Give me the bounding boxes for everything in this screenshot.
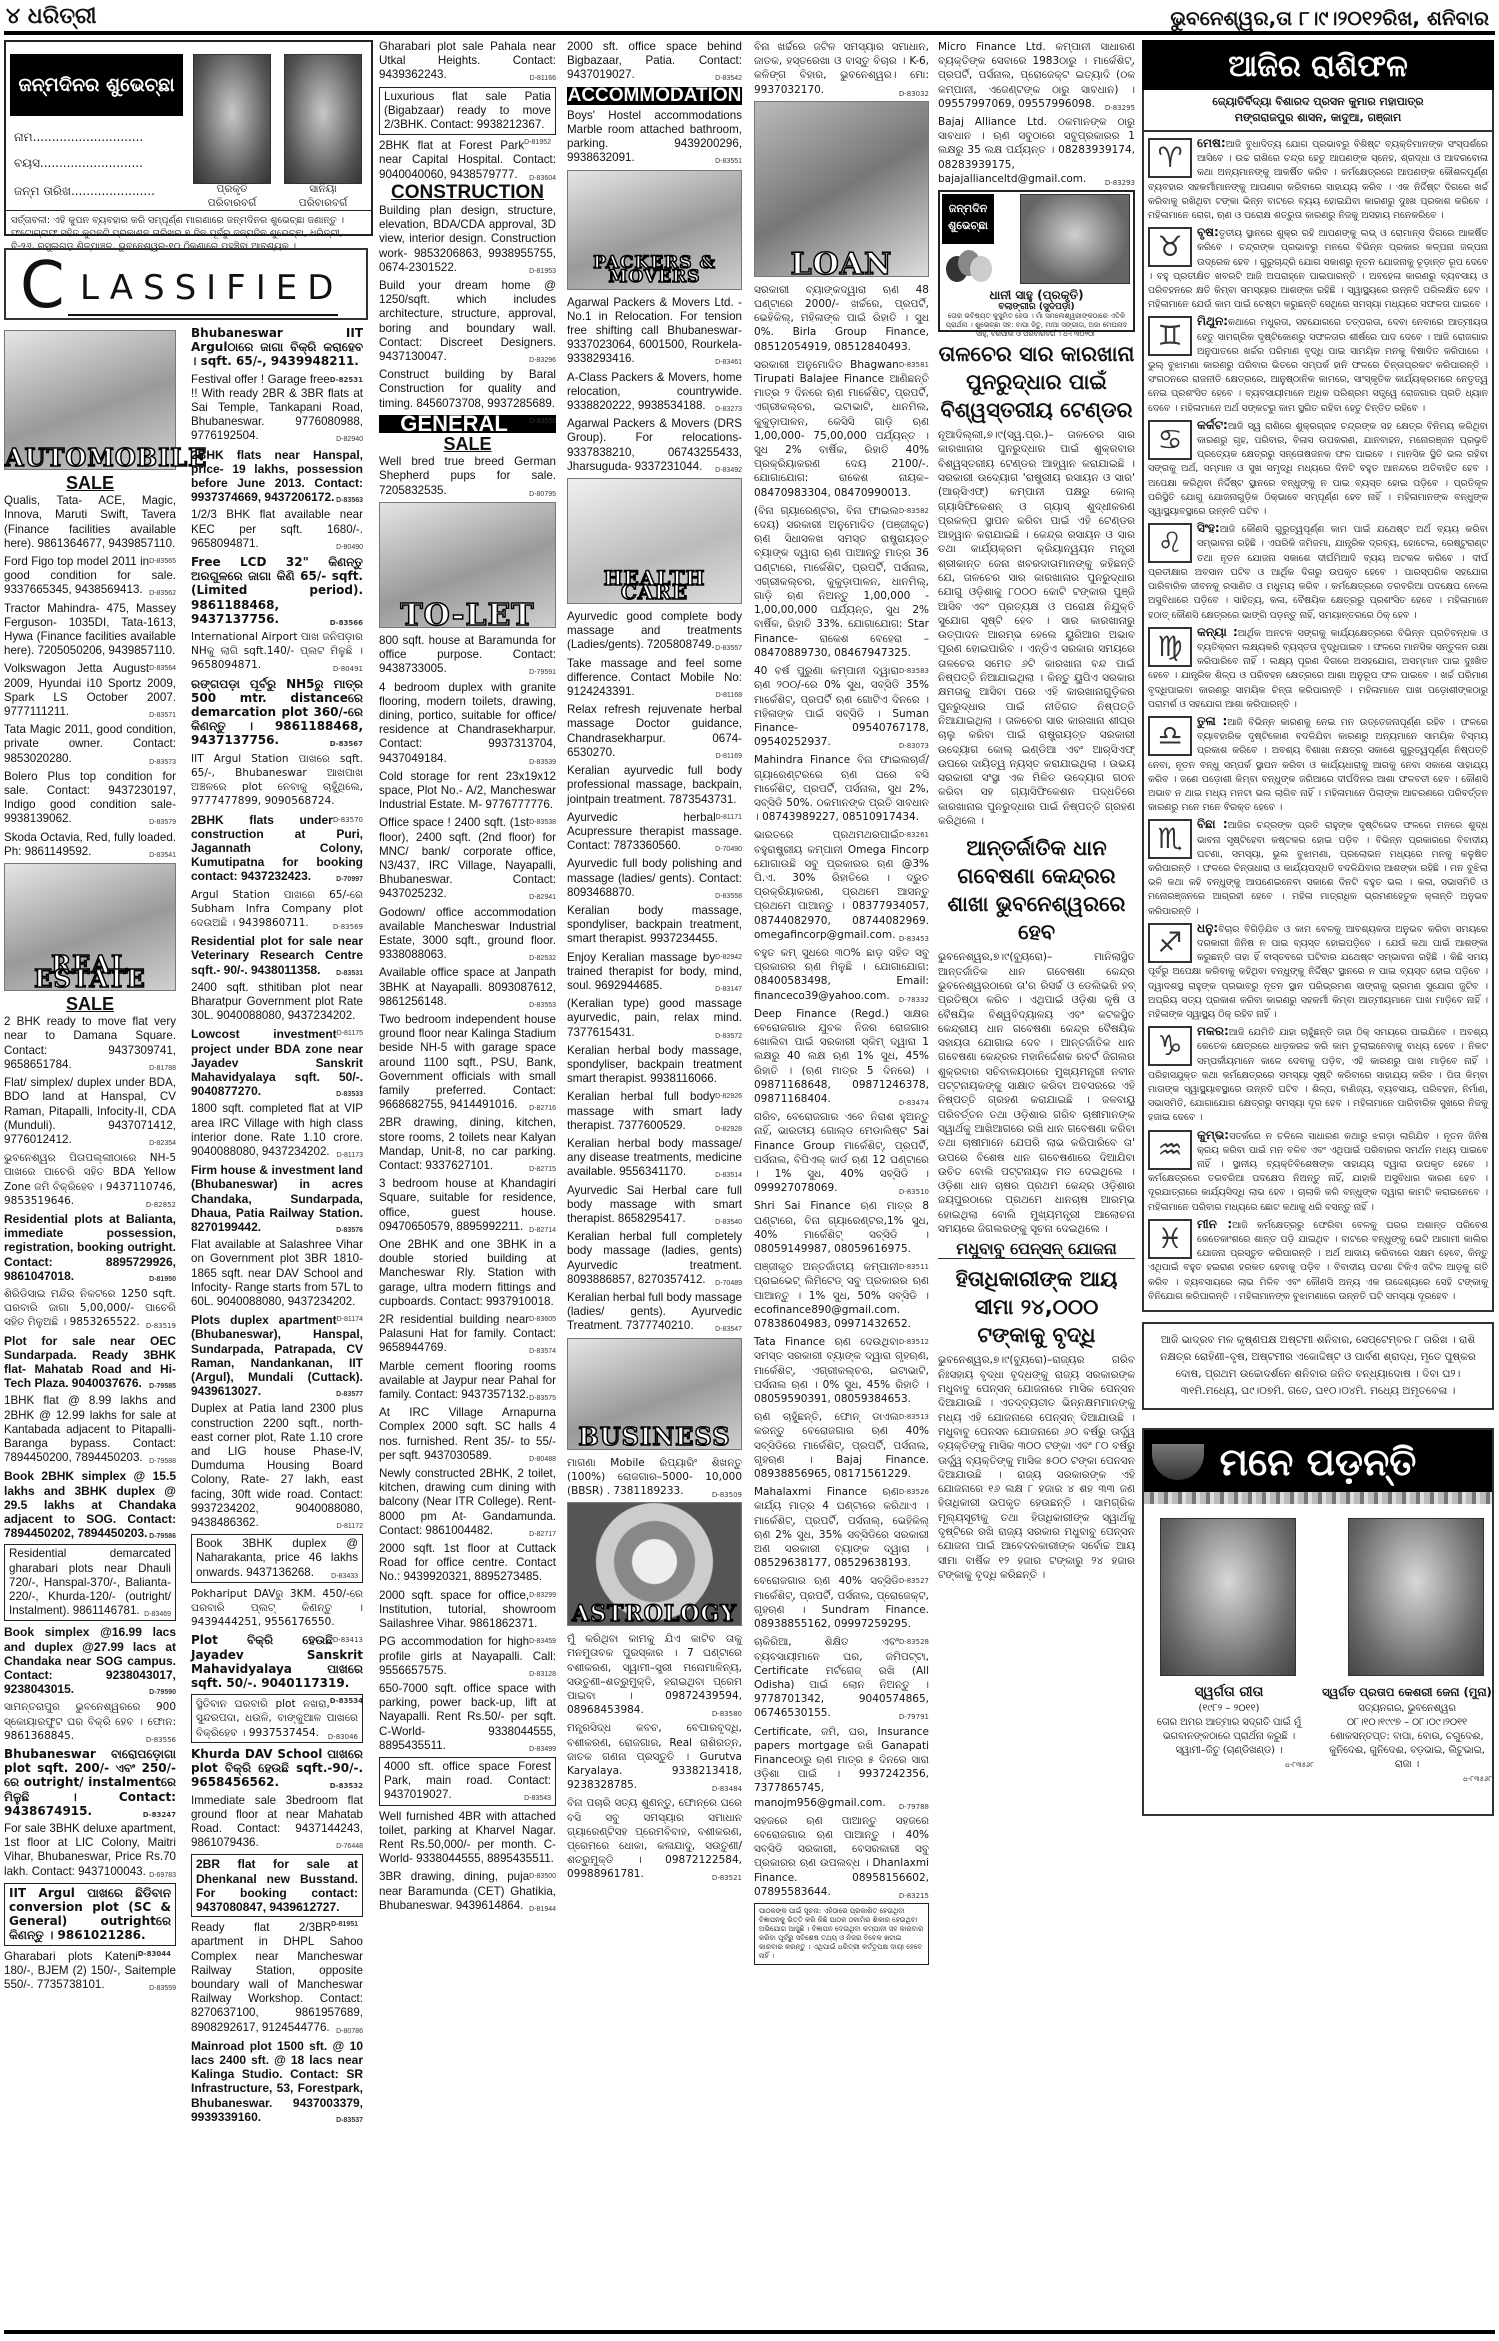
horoscope-sign: ♏ବିଛା :ଆଜିର ଚନ୍ଦ୍ରଙ୍କ ପ୍ରତି ରାହୁଙ୍କ ଦୃଷ୍…: [1148, 817, 1488, 918]
zodiac-icon: ♌: [1148, 523, 1192, 563]
top-rule: [4, 31, 1495, 35]
classified-ad: Available office space at Janpath 3BHK a…: [379, 966, 556, 1009]
sign-name: କୁମ୍ଭ:: [1197, 1128, 1229, 1142]
ad-code: D-83571: [149, 709, 176, 723]
classified-ad: Mainroad plot 1500 sft. @ 10 lacs 2400 s…: [191, 2039, 363, 2124]
zodiac-icon: ♉: [1148, 227, 1192, 267]
ad-code: D-83550: [529, 415, 556, 429]
news-headline: ଆନ୍ତର୍ଜାତିକ ଧାନ ଗବେଷଣା କେନ୍ଦ୍ରର ଶାଖା ଭୁବ…: [938, 834, 1135, 946]
ad-code: D-82941: [529, 891, 556, 905]
ad-code: D-82715: [529, 1163, 556, 1177]
news-body: ନୂଆଦିଲ୍ଲୀ,୭।୯(ସ୍ୱ.ପ୍ର.)– ତାଳଚେର ସାର କାରଖ…: [938, 428, 1135, 828]
child-photo: [1020, 194, 1130, 284]
classified-ad: Luxurious flat sale Patia (Bigabzaar) re…: [379, 87, 556, 136]
classified-ad: Ayurvedic full body polishing and massag…: [567, 857, 742, 900]
ad-code: D-70490: [715, 843, 742, 857]
classified-ad: Ready flat 2/3BR apartment in DHPL Sahoo…: [191, 1921, 363, 2035]
ad-code: D-83073: [899, 739, 929, 753]
ad-code: D-83461: [715, 356, 742, 370]
health-care-caption: HEALTH CARE: [568, 571, 741, 599]
classified-ad: Pokhariput DAVରୁ 3KM. 450/-ରେ ଘରବାରି ପ୍ଲ…: [191, 1587, 363, 1630]
classified-ad: Keralian ayurvedic full body professiona…: [567, 764, 742, 807]
birthday-wish-title: ଜନ୍ମଦିନ ଶୁଭେଚ୍ଛା: [942, 194, 994, 244]
name-field: ନାମ.............................: [14, 130, 143, 145]
classified-ad: Relax refresh rejuvenate herbal massage …: [567, 703, 742, 760]
classified-ad: Agarwal Packers & Movers (DRS Group). Fo…: [567, 417, 742, 474]
classified-ad: ସହଜରେ ଋଣ ପାଆନ୍ତୁ ସହଜରେ ବେରୋଜଗାର ଋଣ ପାଆନ୍…: [754, 1814, 929, 1899]
classified-ad: ମୁଁ କରିଥିବା କାମକୁ ଯିଏ କାଟିବ ତାକୁ ମନମୁତାବ…: [567, 1632, 742, 1717]
classified-ad: Micro Finance Ltd. କମ୍ପାନୀ ସାଧାରଣ ବ୍ୟକ୍ତ…: [938, 40, 1135, 111]
horoscope-sign: ♐ଧନୁ:ବିଚାର ବିଗିଡ଼ିଯିବ ଓ କାମ ବେଳକୁ ଆବଶ୍ୟକ…: [1148, 921, 1488, 1022]
ad-code: D-83582: [899, 504, 929, 518]
classified-ad: Mahindra Finance ବିନା ଫାଇଲଚାର୍ଜ/ ଗ୍ୟାରେଣ…: [754, 753, 929, 824]
astrology-caption: ASTROLOGY: [568, 1607, 741, 1621]
construction-ads: Building plan design, structure, elevati…: [379, 204, 556, 411]
column-real-estate-2: Bhubaneswar IIT Argulଠାରେ ଜାଗା ବିକ୍ରି କର…: [191, 326, 363, 2128]
zodiac-icon: ♒: [1148, 1130, 1192, 1170]
office-space-ads: 2000 sft. office space behind Bigbazaar,…: [567, 40, 742, 83]
zodiac-icon: ♍: [1148, 627, 1192, 667]
sign-forecast: ଆଜି ବୁଧାଦିତ୍ୟ ଯୋଗ ପ୍ରଭାବରୁ ବିଶିଷ୍ଟ ବ୍ୟକ୍…: [1148, 139, 1488, 221]
classified-ad: 1/2/3 BHK flat available near KEC per sq…: [191, 508, 363, 551]
real-estate-ads: 2 BHK ready to move flat very near to Da…: [4, 1015, 176, 1992]
classified-ad: Tata Magic 2011, good condition, private…: [4, 723, 176, 766]
classified-ad: ଶିରିଡିସାଇ ମନ୍ଦିର ନିକଟରେ 1250 sqft. ଘରବାର…: [4, 1287, 176, 1330]
sign-name: ମୀନ :: [1197, 1217, 1232, 1231]
ad-code: D-79585: [149, 1380, 176, 1394]
ad-code: D-81174: [337, 1313, 363, 1327]
memorial-person: ସ୍ୱର୍ଗତ ପ୍ରତାପ କେଶରୀ ଜେନା (ମୁନା) ସତ୍ୟନଗର…: [1322, 1682, 1492, 1786]
health-care-ads: Ayurvedic good complete body massage and…: [567, 610, 742, 1334]
ad-code: D-82717: [529, 1528, 556, 1542]
reader-disclaimer: ପାଠକଙ୍କ ପାଇଁ ସୂଚନା: ଏହିଠାରେ ପ୍ରକାଶିତ ହେଉ…: [754, 1903, 929, 1965]
classified-ad: Residential plot for sale near Veterinar…: [191, 934, 363, 977]
classified-ad: Shri Sai Finance ଋଣ ମାତ୍ର 8 ଘଣ୍ଟାରେ, ବିନ…: [754, 1199, 929, 1256]
classified-ad: Ayurvedic Sai Herbal care full body mass…: [567, 1184, 742, 1227]
ad-code: D-83537: [336, 2114, 363, 2128]
finance-ads: Micro Finance Ltd. କମ୍ପାନୀ ସାଧାରଣ ବ୍ୟକ୍ତ…: [938, 40, 1135, 186]
classified-ad: Skoda Octavia, Red, fully loaded. Ph: 98…: [4, 831, 176, 859]
classified-ad: (ବିନା ଗ୍ୟାରେଣ୍ଟର, ବିନା ଫାଇଲ ଦେୟ) ସରକାରୀ …: [754, 504, 929, 660]
age-field: ବୟସ...........................: [14, 156, 143, 171]
ad-code: D-83581: [899, 358, 929, 372]
ad-code: D-83528: [899, 1635, 929, 1649]
real-estate-caption: REAL ESTATE: [5, 958, 175, 986]
classified-ad: 650-7000 sqft. office space with parking…: [379, 1682, 556, 1753]
ad-code: D-83299: [529, 1589, 556, 1603]
ad-code: D-83576: [336, 1224, 363, 1238]
health-care-image: HEALTH CARE: [567, 478, 742, 604]
ad-code: D-83605: [529, 1313, 556, 1327]
horoscope-body: ♈ମେଷ:ଆଜି ବୁଧାଦିତ୍ୟ ଯୋଗ ପ୍ରଭାବରୁ ବିଶିଷ୍ଟ …: [1142, 132, 1494, 1312]
classified-ad: Boys' Hostel accommodations Marble room …: [567, 109, 742, 166]
ad-code: D-82942: [715, 951, 742, 965]
classified-ad: IIT Argul Station ପାଖରେ sqft. 65/-, Bhub…: [191, 752, 363, 809]
horoscope-sign: ♑ମକର:ଆଜି ଯେମିତି ଯାହା ଚାହୁଁଛନ୍ତି ତାହା ଠିକ…: [1148, 1024, 1488, 1125]
ad-code: D-83519: [146, 1319, 176, 1333]
horoscope-sign: ♋କର୍କଟ:ଆଜି ସ୍ୱ ରାଶିରେ ଶୁକ୍ରଗ୍ରହ ଚନ୍ଦ୍ରଙ୍…: [1148, 418, 1488, 519]
classified-ad: Keralian herbal full body massage (ladie…: [567, 1291, 742, 1334]
sign-forecast: ତୃତୀୟ ସ୍ଥାନରେ ଶୁକ୍ର ରହି ଆପଣଙ୍କୁ ଲଭ୍ ଓ ରୋ…: [1148, 228, 1488, 310]
horoscope-sign: ♊ମିଥୁନ:କଥାରେ ମଧୁରତା, ସହଯୋଗରେ ତତ୍ପରତା, ଦେ…: [1148, 314, 1488, 415]
ad-code: D-83499: [529, 1743, 556, 1757]
ad-code: D-83573: [149, 756, 176, 770]
ad-code: D-83413: [333, 1633, 363, 1647]
ad-code: D-83531: [336, 967, 363, 981]
zodiac-icon: ♏: [1148, 819, 1192, 859]
sign-name: ତୁଳା :: [1197, 714, 1227, 728]
ad-code: D-70489: [715, 1277, 742, 1291]
ad-code: D-76448: [336, 1840, 363, 1854]
classified-ad: Flat available at Salashree Vihar on Gov…: [191, 1238, 363, 1309]
classified-ad: 3 bedroom house at Khandagiri Square, su…: [379, 1177, 556, 1234]
ad-code: D-79788: [899, 1800, 929, 1814]
classified-ad: ମନ୍ତ୍ରସିଦ୍ଧ କବଚ, ବେପାରବୃଦ୍ଧି, ବଶୀକରଣ, ରୋ…: [567, 1721, 742, 1792]
ad-code: D-80491: [333, 662, 363, 676]
memorial-person: ସ୍ୱର୍ଗତା ରୀତା (୧୯୮୨ – ୨୦୧୧) ତୋର ଅମର ଆତ୍ମ…: [1144, 1682, 1314, 1772]
classified-ad: Tractor Mahindra- 475, Massey Ferguson- …: [4, 602, 176, 659]
news-headline: ହିତାଧିକାରୀଙ୍କ ଆୟ ସୀମା ୨୪,୦୦୦ ଟଙ୍କାକୁ ବୃଦ…: [938, 1265, 1135, 1349]
accommodation-ads: Boys' Hostel accommodations Marble room …: [567, 109, 742, 166]
packers-movers-image: PACKERS & MOVERS: [567, 170, 742, 290]
business-ads: ମାଗଣା Mobile ରିପ୍ୟାରିଂ ଶିଖନ୍ତୁ (100%) ରୋ…: [567, 1456, 742, 1499]
classified-ad: ସରକାରୀ ଅନୁମୋଦିତ Bhagwan Tirupati Balajee…: [754, 358, 929, 500]
flower-border: [1144, 1492, 1492, 1504]
ad-code: D-79586: [149, 1530, 176, 1544]
ad-code: D-83509: [712, 1488, 742, 1502]
automobile-caption: AUTOMOBILE: [5, 451, 175, 465]
ad-code: D-83533: [336, 1088, 363, 1102]
ad-code: D-83532: [330, 1779, 363, 1793]
astrology-ads: ମୁଁ କରିଥିବା କାମକୁ ଯିଏ କାଟିବ ତାକୁ ମନମୁତାବ…: [567, 1632, 742, 1881]
sign-forecast: ଆଜି କର୍ମକ୍ଷେତ୍ରରୁ ଫେରିବା ବେଳକୁ ଘରର ଅଶାନ୍…: [1148, 1220, 1488, 1302]
zodiac-icon: ♎: [1148, 716, 1192, 756]
column-finance-news: Micro Finance Ltd. କମ୍ପାନୀ ସାଧାରଣ ବ୍ୟକ୍ତ…: [938, 40, 1135, 1582]
sign-name: କନ୍ୟା :: [1197, 625, 1238, 639]
masthead: ୪ ଧରିତ୍ରୀ ଭୁବନେଶ୍ୱର,ତା ୮।୯।୨୦୧୨ରିଖ, ଶନିବ…: [0, 0, 1499, 34]
classified-ad: Free LCD 32" କିଣନ୍ତୁ ଅରଗୁଳରେ ଜାଗା କିଣି 6…: [191, 555, 363, 626]
child-photo: [284, 54, 362, 184]
classified-ad: ମାଗଣା Mobile ରିପ୍ୟାରିଂ ଶିଖନ୍ତୁ (100%) ରୋ…: [567, 1456, 742, 1499]
ad-code: D-83534: [330, 1694, 363, 1708]
classified-ad: Duplex at Patia land 2300 plus construct…: [191, 1402, 363, 1530]
classified-ad: Deep Finance (Regd.) ସାକ୍ଷର ବେରୋଜଗାର ଯୁବ…: [754, 1007, 929, 1106]
classified-ad: Bolero Plus top condition for sale. Cont…: [4, 770, 176, 827]
news-kicker: ମଧୁବାବୁ ପେନ୍‌ସନ୍ ଯୋଜନା: [938, 1242, 1135, 1259]
classified-ad: (Keralian type) good massage ayurvedic, …: [567, 997, 742, 1040]
packers-movers-ads: Agarwal Packers & Movers Ltd. - No.1 in …: [567, 296, 742, 474]
ad-code: D-81175: [337, 1027, 363, 1041]
memorial-photo: [1348, 1518, 1484, 1676]
ad-code: D-82852: [146, 1198, 176, 1212]
sign-forecast: କଥାରେ ମଧୁରତା, ସହଯୋଗରେ ତତ୍ପରତା, ଦେବା ନେବା…: [1148, 317, 1488, 413]
sign-name: ସିଂହ:: [1197, 521, 1220, 535]
ad-code: D-83539: [529, 756, 556, 770]
ad-code: D-83247: [143, 1808, 176, 1822]
ad-code: D-81168: [716, 689, 742, 703]
ad-code: D-81172: [337, 1520, 363, 1534]
ad-code: D-83492: [715, 464, 742, 478]
section-heading-sale: SALE: [4, 476, 176, 490]
photo-caption: ସାନିୟାପରିବାରବର୍ଗ: [278, 182, 368, 210]
memorial-title-bar: ମନେ ପଡ଼ନ୍ତି: [1144, 1430, 1492, 1504]
dob-field: ଜନ୍ମ ତାରିଖ......................: [14, 184, 155, 199]
to-let-image: TO-LET: [379, 502, 556, 628]
section-heading-sale: SALE: [4, 997, 176, 1011]
classified-ad: Book simplex @16.99 lacs and duplex @27.…: [4, 1625, 176, 1696]
classified-ad: Qualis, Tata- ACE, Magic, Innova, Maruti…: [4, 494, 176, 551]
classified-ad: International Airport ପାଖ ଜନିପଡ଼ାର NHକୁ …: [191, 630, 363, 673]
horoscope-sign: ♍କନ୍ୟା :ଆର୍ଥିକ ଅନଟନ ସଙ୍ଗକୁ କାର୍ଯ୍ୟକ୍ଷେତ୍…: [1148, 625, 1488, 712]
birthday-coupon-title: ଜନ୍ମଦିନର ଶୁଭେଚ୍ଛା: [10, 54, 183, 116]
news-body: ଭୁବନେଶ୍ୱର,୭।୯(ବ୍ୟୁରୋ)–ରାଜ୍ୟର ଗରିବ ନିଃସହା…: [938, 1353, 1135, 1582]
classified-ad: Immediate sale 3bedroom flat ground floo…: [191, 1794, 363, 1851]
zodiac-icon: ♈: [1148, 138, 1192, 178]
ad-code: D-81953: [529, 265, 556, 279]
horoscope-title: ଆଜିର ରାଶିଫଳ: [1142, 40, 1494, 90]
sign-forecast: ଆଜି ବିଭିନ୍ନ କାରଣକୁ ନେଇ ମନ ଉତ୍ତେଜନାପୂର୍ଣ୍…: [1148, 717, 1488, 813]
classified-ad: Keralian herbal full completely body mas…: [567, 1230, 742, 1287]
ad-code: D-83570: [333, 813, 363, 827]
horoscope-sign: ♎ତୁଳା :ଆଜି ବିଭିନ୍ନ କାରଣକୁ ନେଇ ମନ ଉତ୍ତେଜନ…: [1148, 714, 1488, 815]
to-let-ads: 800 sqft. house at Baramunda for office …: [379, 634, 556, 1913]
classified-ad: Flat/ simplex/ duplex under BDA, BDO lan…: [4, 1076, 176, 1147]
horoscope-sign: ♈ମେଷ:ଆଜି ବୁଧାଦିତ୍ୟ ଯୋଗ ପ୍ରଭାବରୁ ବିଶିଷ୍ଟ …: [1148, 136, 1488, 223]
sign-name: ମେଷ:: [1197, 136, 1226, 150]
ad-code: D-83541: [149, 849, 176, 863]
classified-ad: For sale 3BHK deluxe apartment, 1st floo…: [4, 1822, 176, 1879]
ad-code: D-83577: [336, 1388, 363, 1402]
classified-ad: 4 bedroom duplex with granite flooring, …: [379, 681, 556, 766]
sign-forecast: ଆଜି କୌଣସି ଗୁରୁତ୍ୱପୂର୍ଣ୍ଣ କାମ ପାଇଁ ଯଥେଷ୍ଟ…: [1148, 524, 1488, 620]
classified-underline: [68, 314, 338, 316]
horoscope-sign: ♒କୁମ୍ଭ:ସତର୍କରେ ନ ଚଳିଲେ ସାଧାରଣ କଥାରୁ ଝଗଡ଼…: [1148, 1128, 1488, 1215]
ad-code: D-79590: [149, 1686, 176, 1700]
classified-ad: Argul Station ପାଖରେ 65/-ରେ Subham Infra …: [191, 888, 363, 931]
classified-banner: C LASSIFIED: [4, 248, 368, 320]
classified-ad: 2BR flat for sale at Dhenkanal new Busst…: [191, 1854, 363, 1917]
lamp-icon: [1152, 1444, 1204, 1480]
ad-code: D-78332: [899, 993, 929, 1007]
ad-code: D-83567: [330, 737, 363, 751]
packers-movers-caption: PACKERS & MOVERS: [568, 256, 741, 284]
birthday-wish-box: ଜନ୍ମଦିନ ଶୁଭେଚ୍ଛା ଧାନୀ ସାହୁ (ପ୍ରକୃତି) ବଲା…: [938, 190, 1135, 332]
birthday-wish-message: ବଲାଙ୍ଗୀର (ସୁଦପଡ଼ା)ତୋର ଭବିଷ୍ୟତ କୁସୁମିତ ହେ…: [944, 303, 1129, 339]
ad-code: D-83500: [529, 1870, 556, 1884]
ad-code: D-83511: [899, 1260, 929, 1274]
ad-code: D-83579: [149, 816, 176, 830]
automobile-image: AUTOMOBILE: [4, 330, 176, 470]
business-image: BUSINESS: [567, 1338, 742, 1450]
column-horoscope: ଆଜିର ରାଶିଫଳ ଜ୍ୟୋତିର୍ବିଦ୍ୟା ବିଶାରଦ ପ୍ରସନ …: [1142, 40, 1494, 1816]
classified-ad: At IRC Village Arnapurna Complex 2000 sq…: [379, 1406, 556, 1463]
classified-ad: 1BHK flat @ 8.99 lakhs and 2BHK @ 12.99 …: [4, 1394, 176, 1465]
ad-code: D-83512: [899, 1335, 929, 1349]
classified-ad: Certificate, ଜମି, ଘର, Insurance papers m…: [754, 1725, 929, 1810]
ad-code: D-83580: [712, 1707, 742, 1721]
ad-code: D-83484: [712, 1782, 742, 1796]
column-automobile-realestate: AUTOMOBILE SALE Qualis, Tata- ACE, Magic…: [4, 326, 176, 1996]
classified-ad: Residential plots at Balianta, immediate…: [4, 1212, 176, 1283]
ad-code: D-83128: [529, 1668, 556, 1682]
page-label: ୪ ଧରିତ୍ରୀ: [6, 4, 97, 29]
classified-rest: LASSIFIED: [80, 268, 343, 308]
sign-forecast: ସତର୍କରେ ନ ଚଳିଲେ ସାଧାରଣ କଥାରୁ ଝଗଡ଼ା ଲାଗିଯ…: [1148, 1131, 1488, 1213]
classified-ad: 800 sqft. house at Baramunda for office …: [379, 634, 556, 677]
ad-code: D-83459: [529, 1635, 556, 1649]
ad-code: D-82714: [529, 1224, 556, 1238]
zodiac-icon: ♐: [1148, 923, 1192, 963]
classified-ad: 2 BHK ready to move flat very near to Da…: [4, 1015, 176, 1072]
ad-code: D-83521: [712, 1871, 742, 1885]
classified-ad: Construct building by Baral Construction…: [379, 368, 556, 411]
ad-code: D-83562: [149, 587, 176, 601]
ad-code: D-83469: [144, 1608, 171, 1622]
ad-code: D-79591: [529, 666, 556, 680]
ad-code: D-83564: [149, 662, 176, 676]
ad-code: D-80490: [336, 541, 363, 555]
ad-code: D-83474: [899, 1096, 929, 1110]
astrology-image: ASTROLOGY: [567, 1502, 742, 1626]
horoscope-author: ଜ୍ୟୋତିର୍ବିଦ୍ୟା ବିଶାରଦ ପ୍ରସନ କୁମାର ମହାପାତ…: [1142, 90, 1494, 132]
ad-code: D-83563: [336, 494, 363, 508]
ad-code: D-83575: [529, 1392, 556, 1406]
news-body: ଭୁବନେଶ୍ୱର,୭।୯(ବ୍ୟୁରୋ)– ମାନିଲାସ୍ଥିତ ଆନ୍ତର…: [938, 950, 1135, 1236]
classified-ad: ବିନା ପଚାରି ସତ୍ୟ ଶୁଣନ୍ତୁ, ଫୋନ୍‌ରେ ଘରେ ବସି…: [567, 1796, 742, 1881]
loan-image: LOAN: [754, 101, 929, 277]
classified-ad: 2BR drawing, dining, kitchen, store room…: [379, 1116, 556, 1173]
classified-ad: Firm house & investment land (Bhubaneswa…: [191, 1163, 363, 1234]
classified-ad: ବିନା ଖର୍ଚ୍ଚରେ ଜଟିଳ ସମସ୍ୟାର ସମାଧାନ, ଜାତକ,…: [754, 40, 929, 97]
classified-ad: Keralian herbal body massage/ any diseas…: [567, 1137, 742, 1180]
ad-code: D-69783: [149, 1869, 176, 1883]
classified-ad: Godown/ office accommodation available M…: [379, 906, 556, 963]
sign-name: କର୍କଟ:: [1197, 418, 1228, 432]
ad-code: D-81944: [529, 1903, 556, 1917]
sign-name: ବୃଷ:: [1197, 225, 1219, 239]
dateline: ଭୁବନେଶ୍ୱର,ତା ୮।୯।୨୦୧୨ରିଖ, ଶନିବାର: [1170, 6, 1489, 30]
ad-code: D-83046: [328, 1730, 358, 1744]
ad-code: D-82532: [529, 952, 556, 966]
classified-ad: Build your dream home @ 1250/sqft. which…: [379, 279, 556, 364]
real-estate-image: REAL ESTATE: [4, 863, 176, 991]
section-heading-sale: SALE: [379, 437, 556, 451]
sign-forecast: ଆର୍ଥିକ ଅନଟନ ସଙ୍ଗକୁ କାର୍ଯ୍ୟକ୍ଷେତ୍ରରେ ବିଭି…: [1148, 628, 1488, 710]
ad-code: D-82940: [336, 433, 363, 447]
zodiac-icon: ♋: [1148, 420, 1192, 460]
ad-code: D-82928: [715, 1123, 742, 1137]
sign-forecast: ଆଜି ସ୍ୱ ରାଶିରେ ଶୁକ୍ରଗ୍ରହ ଚନ୍ଦ୍ରଙ୍କ ସହ କ୍…: [1148, 421, 1488, 517]
zodiac-icon: ♊: [1148, 316, 1192, 356]
ad-code: D-83547: [715, 1323, 742, 1337]
ad-code: D-83293: [1105, 176, 1135, 190]
business-caption: BUSINESS: [568, 1430, 741, 1444]
ad-code: D-80488: [529, 1453, 556, 1467]
sign-name: ମିଥୁନ:: [1197, 314, 1228, 328]
ad-code: D-83566: [330, 616, 363, 630]
classified-ad: Building plan design, structure, elevati…: [379, 204, 556, 275]
ad-code: D-81166: [530, 72, 556, 86]
memorial-photo: [1160, 1518, 1296, 1676]
ad-code: D-83583: [899, 664, 929, 678]
plot-ads: Gharabari plot sale Pahala near Utkal He…: [379, 40, 556, 182]
classified-ad: Ayurvedic good complete body massage and…: [567, 610, 742, 653]
classified-ad: Book 2BHK simplex @ 15.5 lakhs and 3BHK …: [4, 1469, 176, 1540]
classified-ad: Bhubaneswar IIT Argulଠାରେ ଜାଗା ବିକ୍ରି କର…: [191, 326, 363, 369]
classified-ad: A-Class Packers & Movers, home relocatio…: [567, 371, 742, 414]
ad-code: D-83261: [899, 828, 929, 842]
zodiac-icon: ♓: [1148, 1219, 1192, 1259]
classified-ad: 2000 sqft. 1st floor at Cuttack Road for…: [379, 1542, 556, 1585]
sign-name: ଧନୁ:: [1197, 921, 1218, 935]
ad-code: D-83572: [715, 1030, 742, 1044]
classified-ad: Well furnished 4BR with attached toilet,…: [379, 1810, 556, 1867]
ad-code: D-83569: [333, 920, 363, 934]
classified-ad: Bajaj Alliance Ltd. ଠକମାନଙ୍କ ଠାରୁ ସାବଧାନ…: [938, 115, 1135, 186]
classified-ad: ସରକାରୀ ବ୍ୟାଙ୍କଦ୍ୱାରା ଋଣ 48 ଘଣ୍ଟାରେ 2000/…: [754, 283, 929, 354]
to-let-caption: TO-LET: [380, 609, 555, 623]
classified-ad: Bhubaneswar ବାରୋପଡ଼ୋଗା plot sqft. 200/- …: [4, 1747, 176, 1818]
section-heading-construction: CONSTRUCTION: [379, 186, 556, 200]
horoscope-sign: ♉ବୃଷ:ତୃତୀୟ ସ୍ଥାନରେ ଶୁକ୍ର ରହି ଆପଣଙ୍କୁ ଲଭ୍…: [1148, 225, 1488, 312]
classified-ad: Marble cement flooring rooms available a…: [379, 1360, 556, 1403]
sign-forecast: ଆଜି ଯେମିତି ଯାହା ଚାହୁଁଛନ୍ତି ତାହା ଠିକ୍ ସମୟ…: [1148, 1027, 1488, 1123]
column-loan: ବିନା ଖର୍ଚ୍ଚରେ ଜଟିଳ ସମସ୍ୟାର ସମାଧାନ, ଜାତକ,…: [754, 40, 929, 1965]
column-accommodation-health: 2000 sft. office space behind Bigbazaar,…: [567, 40, 742, 1886]
classified-ad: Keralian herbal body massage, spondylise…: [567, 1044, 742, 1087]
child-photo: [193, 54, 271, 184]
astrology-consult-ads: ବିନା ଖର୍ଚ୍ଚରେ ଜଟିଳ ସମସ୍ୟାର ସମାଧାନ, ଜାତକ,…: [754, 40, 929, 97]
classified-initial: C: [20, 250, 65, 322]
ad-code: D-83526: [899, 1485, 929, 1499]
ad-code: D-83527: [899, 1574, 929, 1588]
bottom-rule: [4, 2330, 1495, 2334]
classified-ad: Newly constructed 2BHK, 2 toilet, kitche…: [379, 1467, 556, 1538]
classified-ad: IIT Argul ପାଖରେ ଛିଡିବାନ conversion plot …: [4, 1883, 176, 1946]
section-heading-accommodation: ACCOMMODATION: [567, 87, 742, 105]
ad-code: D-83044: [138, 1947, 171, 1961]
ad-code: D-81952: [524, 136, 551, 150]
classified-ad: Agarwal Packers & Movers Ltd. - No.1 in …: [567, 296, 742, 367]
classified-ad: One 2BHK and one 3BHK in a double storie…: [379, 1238, 556, 1309]
classified-ad: ରଙ୍ଗପଡ଼ା ପୂର୍ବରୁ NH5ରୁ ମାତ୍ର 500 mtr. di…: [191, 677, 363, 748]
classified-ad: Khurda DAV School ପାଖରେ plot ବିକ୍ରି ହେଉଛ…: [191, 1747, 363, 1790]
almanac-box: ଆଜି ଭାଦ୍ରବ ମଳ କୃଷ୍ଣପକ୍ଷ ଅଷ୍ଟମୀ ଶନିବାର, ସ…: [1142, 1322, 1494, 1410]
horoscope-sign: ♓ମୀନ :ଆଜି କର୍ମକ୍ଷେତ୍ରରୁ ଫେରିବା ବେଳକୁ ଘରର…: [1148, 1217, 1488, 1304]
ad-code: D-83215: [899, 1889, 929, 1903]
ad-code: D-83147: [715, 983, 742, 997]
ad-code: D-81788: [149, 1062, 176, 1076]
sign-forecast: ବିଚାର ବିଗିଡ଼ିଯିବ ଓ କାମ ବେଳକୁ ଆବଶ୍ୟକତା ଅନ…: [1148, 924, 1488, 1020]
ad-code: D-82716: [529, 1102, 556, 1116]
classified-ad: 2000 sft. office space behind Bigbazaar,…: [567, 40, 742, 83]
classified-ad: Gharabari plot sale Pahala near Utkal He…: [379, 40, 556, 83]
general-ads: Well bred true breed German Shepherd pup…: [379, 455, 556, 498]
classified-ad: 1800 sqft. completed flat at VIP area IR…: [191, 1102, 363, 1159]
ad-code: D-83273: [715, 403, 742, 417]
ad-code: D-83514: [715, 1169, 742, 1183]
classified-ad: Book 3BHK duplex @ Naharakanta, price 46…: [191, 1534, 363, 1583]
ad-code: D-80786: [336, 2025, 363, 2039]
sign-name: ମକର:: [1197, 1024, 1229, 1038]
ad-code: D-83559: [149, 1982, 176, 1996]
news-headline: ତାଳଚେର ସାର କାରଖାନା ପୁନରୁଦ୍ଧାର ପାଇଁ ବିଶ୍ୱ…: [938, 340, 1135, 424]
classified-ad: Well bred true breed German Shepherd pup…: [379, 455, 556, 498]
birthday-coupon: ଜନ୍ମଦିନର ଶୁଭେଚ୍ଛା ନାମ...................…: [4, 40, 373, 236]
ad-code: D-81171: [716, 811, 742, 825]
classified-ad: ସାମନ୍ତରାପୁର ଭୁବନେଶ୍ୱରରେ 900 ସ୍କୋୟାରଫୁଟ ଘ…: [4, 1700, 176, 1743]
ad-code: D-83557: [715, 642, 742, 656]
